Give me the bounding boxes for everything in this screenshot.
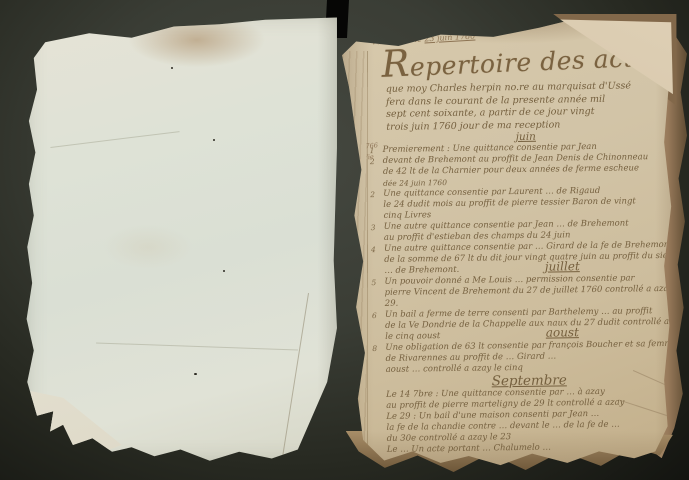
ink-speck	[213, 139, 215, 141]
line-text: Septembre	[492, 372, 567, 389]
line-text: juin	[516, 130, 536, 142]
left-page	[24, 13, 350, 463]
month-heading: aoust	[546, 327, 579, 338]
corner-fold-crease	[282, 293, 309, 458]
line-text: fera dans le courant de la presente anné…	[386, 93, 605, 107]
ink-speck	[171, 67, 173, 69]
line-text: de Rivarennes au proffit de … Girard …	[386, 351, 557, 363]
paper-crease	[51, 131, 181, 148]
header-annotation-date: 23 juin 1760	[424, 31, 475, 43]
line-text: le cinq aoust	[386, 331, 441, 342]
manuscript-scan: Vu coté … le 23 juin 1760 Repertoire des…	[0, 0, 689, 480]
line-text: au proffit d'estieban des champs du 24 j…	[384, 230, 571, 243]
line-text: … de Brehemont.	[385, 264, 460, 275]
ink-speck	[223, 270, 225, 272]
header-annotation-text: Vu coté … le	[371, 34, 422, 46]
manuscript-lines: que moy Charles herpin no.re au marquisa…	[382, 80, 674, 456]
page-surface: Vu coté … le 23 juin 1760 Repertoire des…	[335, 14, 687, 472]
line-text: que moy Charles herpin no.re au marquisa…	[386, 80, 631, 94]
margin-note: Marie	[365, 409, 383, 420]
entry-number: 4	[371, 244, 376, 255]
entry-number: 3	[371, 222, 376, 233]
entry-number: 2	[371, 189, 376, 200]
right-page: Vu coté … le 23 juin 1760 Repertoire des…	[335, 14, 687, 472]
line-text: 29.	[385, 298, 399, 308]
paper-crease	[96, 342, 298, 350]
bottom-left-fold-flap	[24, 13, 350, 463]
ink-speck	[194, 373, 197, 375]
line-text: cinq Livres	[384, 210, 432, 221]
torn-binding-margin	[335, 51, 368, 445]
line-text: sept cent soixante, a partir de ce jour …	[386, 106, 595, 120]
line-text: du 30e controllé a azay le 23	[387, 432, 512, 444]
line-text: dée 24 juin 1760	[383, 178, 447, 188]
margin-note: signé	[365, 387, 382, 398]
entry-number: 5	[372, 277, 377, 288]
month-heading: juillet	[545, 261, 580, 272]
manuscript-content: Vu coté … le 23 juin 1760 Repertoire des…	[365, 27, 674, 468]
